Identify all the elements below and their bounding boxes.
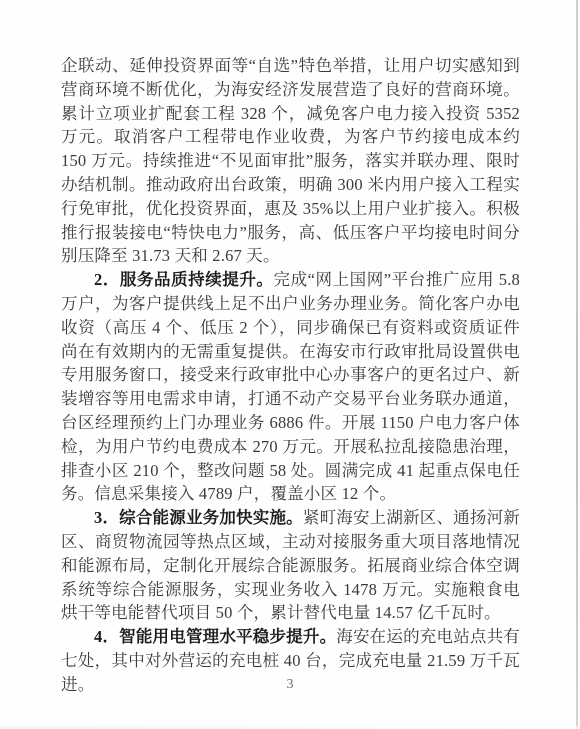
paragraph-heading: 3．综合能源业务加快实施。 xyxy=(94,508,303,527)
document-body: 企联动、延伸投资界面等“自选”特色举措，让用户切实感知到营商环境不断优化，为海安… xyxy=(61,54,520,697)
paragraph-text: 完成“网上国网”平台推广应用 5.8 万户，为客户提供线上足不出户业务办理业务。… xyxy=(61,270,520,503)
paragraph-heading: 4．智能用电管理水平稳步提升。 xyxy=(94,627,336,646)
paragraph-text: 企联动、延伸投资界面等“自选”特色举措，让用户切实感知到营商环境不断优化，为海安… xyxy=(61,56,520,265)
paragraph: 2．服务品质持续提升。完成“网上国网”平台推广应用 5.8 万户，为客户提供线上… xyxy=(61,268,520,506)
paragraph-heading: 2．服务品质持续提升。 xyxy=(94,270,274,289)
paragraph: 企联动、延伸投资界面等“自选”特色举措，让用户切实感知到营商环境不断优化，为海安… xyxy=(61,54,520,268)
document-page: 企联动、延伸投资界面等“自选”特色举措，让用户切实感知到营商环境不断优化，为海安… xyxy=(0,0,580,729)
page-number: 3 xyxy=(0,677,580,693)
paragraph: 3．综合能源业务加快实施。紧町海安上湖新区、通扬河新区、商贸物流园等热点区域，主… xyxy=(61,506,520,625)
scan-edge-right xyxy=(576,0,578,729)
